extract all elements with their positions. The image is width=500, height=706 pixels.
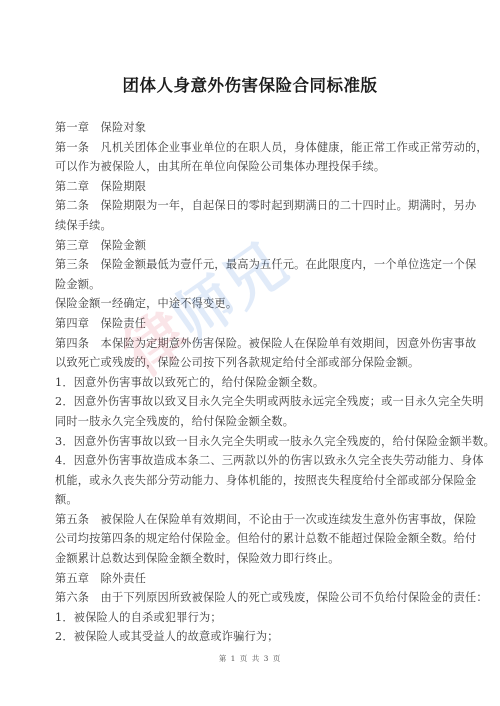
text-line: 4．因意外伤害事故造成本条二、三两款以外的伤害以致永久完全丧失劳动能力、身体: [55, 451, 447, 471]
text-line: 额。: [55, 490, 447, 510]
text-line: 第四条 本保险为定期意外伤害保险。被保险人在保险单有效期间，因意外伤害事故: [55, 334, 447, 354]
text-line: 第五章 除外责任: [55, 569, 447, 589]
text-line: 险金额。: [55, 275, 447, 295]
text-line: 第一条 凡机关团体企业事业单位的在职人员，身体健康，能正常工作或正常劳动的，: [55, 138, 447, 158]
text-line: 2．被保险人或其受益人的故意或诈骗行为；: [55, 627, 447, 647]
text-line: 3．因意外伤害事故以致一目永久完全失明或一肢永久完全残废的，给付保险金额半数。: [55, 432, 447, 452]
text-line: 续保手续。: [55, 216, 447, 236]
text-line: 可以作为被保险人，由其所在单位向保险公司集体办理投保手续。: [55, 157, 447, 177]
text-line: 保险金额一经确定，中途不得变更。: [55, 294, 447, 314]
text-line: 第二章 保险期限: [55, 177, 447, 197]
text-line: 同时一肢永久完全残废的，给付保险金额全数。: [55, 412, 447, 432]
text-line: 第二条 保险期限为一年，自起保日的零时起到期满日的二十四时止。期满时，另办: [55, 196, 447, 216]
text-line: 金额累计总数达到保险金额全数时，保险效力即行终止。: [55, 549, 447, 569]
text-line: 公司均按第四条的规定给付保险金。但给付的累计总数不能超过保险金额全数。给付: [55, 529, 447, 549]
text-line: 1．被保险人的自杀或犯罪行为；: [55, 608, 447, 628]
document-title: 团体人身意外伤害保险合同标准版: [0, 72, 500, 96]
page-number: 第 1 页 共 3 页: [0, 653, 500, 664]
text-line: 第三章 保险金额: [55, 236, 447, 256]
document-page: 团体人身意外伤害保险合同标准版 第一章 保险对象第一条 凡机关团体企业事业单位的…: [0, 0, 500, 706]
text-line: 第六条 由于下列原因所致被保险人的死亡或残废，保险公司不负给付保险金的责任：: [55, 588, 447, 608]
text-line: 机能，或永久丧失部分劳动能力、身体机能的，按照丧失程度给付全部或部分保险金: [55, 471, 447, 491]
text-line: 第五条 被保险人在保险单有效期间，不论由于一次或连续发生意外伤害事故，保险: [55, 510, 447, 530]
text-line: 以致死亡或残废的，保险公司按下列各款规定给付全部或部分保险金额。: [55, 353, 447, 373]
text-line: 1．因意外伤害事故以致死亡的，给付保险金额全数。: [55, 373, 447, 393]
text-line: 2．因意外伤害事故以致叉目永久完全失明或两肢永远完全残废；或一目永久完全失明: [55, 392, 447, 412]
text-line: 第一章 保险对象: [55, 118, 447, 138]
text-line: 第四章 保险责任: [55, 314, 447, 334]
text-line: 第三条 保险金额最低为壹仟元，最高为五仟元。在此限度内，一个单位选定一个保: [55, 255, 447, 275]
document-body: 第一章 保险对象第一条 凡机关团体企业事业单位的在职人员，身体健康，能正常工作或…: [55, 118, 447, 647]
